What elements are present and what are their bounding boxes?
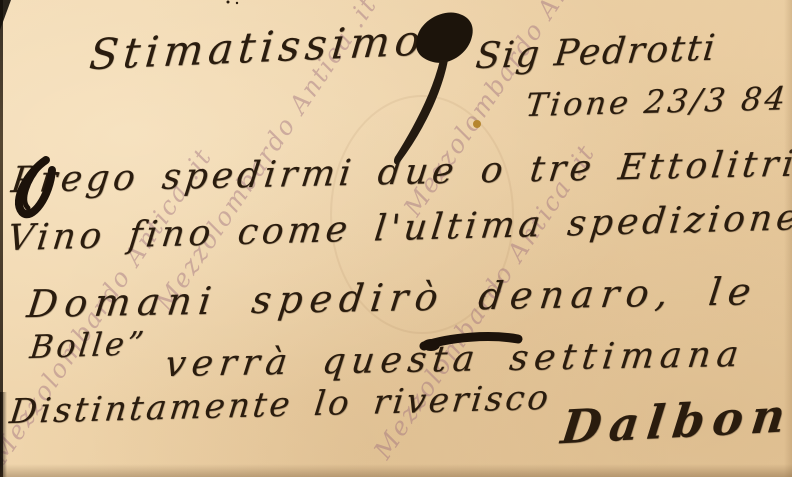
signature: Dalbona [558,386,792,455]
scan-edge-shadow-bottom [0,464,792,477]
scan-edge-artifact-corner [0,0,11,30]
salutation-right: Sig Pedrotti [474,28,719,78]
body-line-4-rest: verrà questa settimana [163,334,747,385]
scan-dot [227,1,230,4]
salutation-left: Stimatissimo [87,15,427,79]
scan-edge-shadow-right [784,0,792,477]
body-line-4-word-bolle: Bolle” [28,324,148,366]
closing-line: Distintamente lo riverisco [7,378,553,432]
dateline: Tione 23/3 84 [524,79,791,124]
scanned-handwritten-postcard: Mezzolombardo Antica .it Mezzolombardo A… [0,0,792,477]
body-line-1: Prego spedirmi due o tre Ettolitri [9,144,792,202]
body-line-3: Domani spedirò denaro, le [25,269,761,326]
scan-dot [236,2,238,4]
